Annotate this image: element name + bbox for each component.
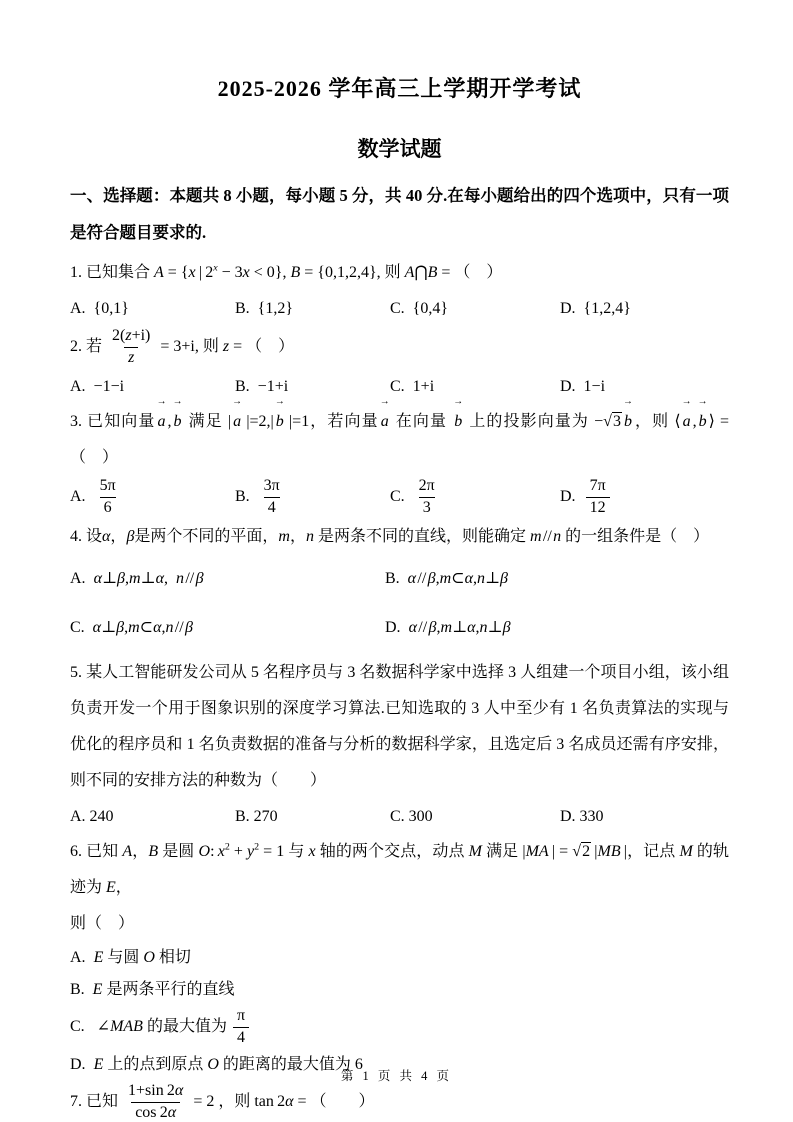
question-7-stem: 7. 已知 1+sin 2αcos 2α = 2 ，则 tan 2α = （ ） (70, 1081, 729, 1122)
question-4-stem: 4. 设α，β是两个不同的平面，m，n 是两条不同的直线，则能确定 m // n… (70, 519, 729, 555)
question-6-options: A. E 与圆 O 相切 B. E 是两条平行的直线 C. ∠MAB 的最大值为… (70, 942, 729, 1081)
question-5-stem: 5. 某人工智能研发公司从 5 名程序员与 3 名数据科学家中选择 3 人组建一… (70, 655, 729, 799)
question-3-option-b: B. 3π4 (235, 476, 390, 519)
question-5-options: A. 240 B. 270 C. 300 D. 330 (70, 799, 729, 834)
question-4: 4. 设α，β是两个不同的平面，m，n 是两条不同的直线，则能确定 m // n… (70, 519, 729, 645)
question-4-options: A. α⊥β,m⊥α, n // β B. α // β,m⊂α,n⊥β C. … (70, 561, 729, 645)
question-5-option-b: B. 270 (235, 799, 390, 834)
question-1-option-d: D. {1,2,4} (560, 291, 729, 326)
question-3: 3. 已知向量a,b 满足 |a |=2,|b |=1，若向量a 在向量 b 上… (70, 404, 729, 519)
question-4-option-d: D. α // β,m⊥α,n⊥β (385, 610, 729, 645)
question-1-option-b: B. {1,2} (235, 291, 390, 326)
question-6-option-c: C. ∠MAB 的最大值为 π4 (70, 1006, 729, 1049)
question-2: 2. 若 2(z+i)z = 3+i, 则 z = （ ） A. −1−i B.… (70, 326, 729, 404)
page-footer: 第 1 页 共 4 页 (0, 1066, 793, 1084)
question-4-option-c: C. α⊥β,m⊂α,n // β (70, 610, 385, 645)
question-1-options: A. {0,1} B. {1,2} C. {0,4} D. {1,2,4} (70, 291, 729, 326)
question-4-option-a: A. α⊥β,m⊥α, n // β (70, 561, 385, 596)
question-2-option-c: C. 1+i (390, 369, 560, 404)
question-5: 5. 某人工智能研发公司从 5 名程序员与 3 名数据科学家中选择 3 人组建一… (70, 655, 729, 834)
question-2-option-b: B. −1+i (235, 369, 390, 404)
exam-subtitle: 数学试题 (70, 133, 729, 163)
question-3-option-d: D. 7π12 (560, 476, 729, 519)
question-3-option-c: C. 2π3 (390, 476, 560, 519)
question-2-stem: 2. 若 2(z+i)z = 3+i, 则 z = （ ） (70, 326, 729, 369)
question-4-option-b: B. α // β,m⊂α,n⊥β (385, 561, 729, 596)
question-7: 7. 已知 1+sin 2αcos 2α = 2 ，则 tan 2α = （ ） (70, 1081, 729, 1122)
question-3-options: A. 5π6 B. 3π4 C. 2π3 D. 7π12 (70, 476, 729, 519)
question-1-stem: 1. 已知集合 A = {x | 2x − 3x < 0}, B = {0,1,… (70, 255, 729, 291)
section-instructions: 一、选择题：本题共 8 小题，每小题 5 分，共 40 分.在每小题给出的四个选… (70, 177, 729, 251)
question-5-option-d: D. 330 (560, 799, 729, 834)
question-5-option-a: A. 240 (70, 799, 235, 834)
exam-page: 2025-2026 学年高三上学期开学考试 数学试题 一、选择题：本题共 8 小… (0, 0, 793, 1122)
question-5-option-c: C. 300 (390, 799, 560, 834)
question-2-option-a: A. −1−i (70, 369, 235, 404)
question-6-option-a: A. E 与圆 O 相切 (70, 942, 729, 974)
exam-title: 2025-2026 学年高三上学期开学考试 (70, 72, 729, 103)
question-6-option-b: B. E 是两条平行的直线 (70, 974, 729, 1006)
question-6: 6. 已知 A，B 是圆 O: x2 + y2 = 1 与 x 轴的两个交点，动… (70, 834, 729, 1081)
question-1-option-c: C. {0,4} (390, 291, 560, 326)
question-3-option-a: A. 5π6 (70, 476, 235, 519)
question-3-stem: 3. 已知向量a,b 满足 |a |=2,|b |=1，若向量a 在向量 b 上… (70, 404, 729, 476)
question-1: 1. 已知集合 A = {x | 2x − 3x < 0}, B = {0,1,… (70, 255, 729, 326)
question-1-option-a: A. {0,1} (70, 291, 235, 326)
question-6-stem: 6. 已知 A，B 是圆 O: x2 + y2 = 1 与 x 轴的两个交点，动… (70, 834, 729, 942)
